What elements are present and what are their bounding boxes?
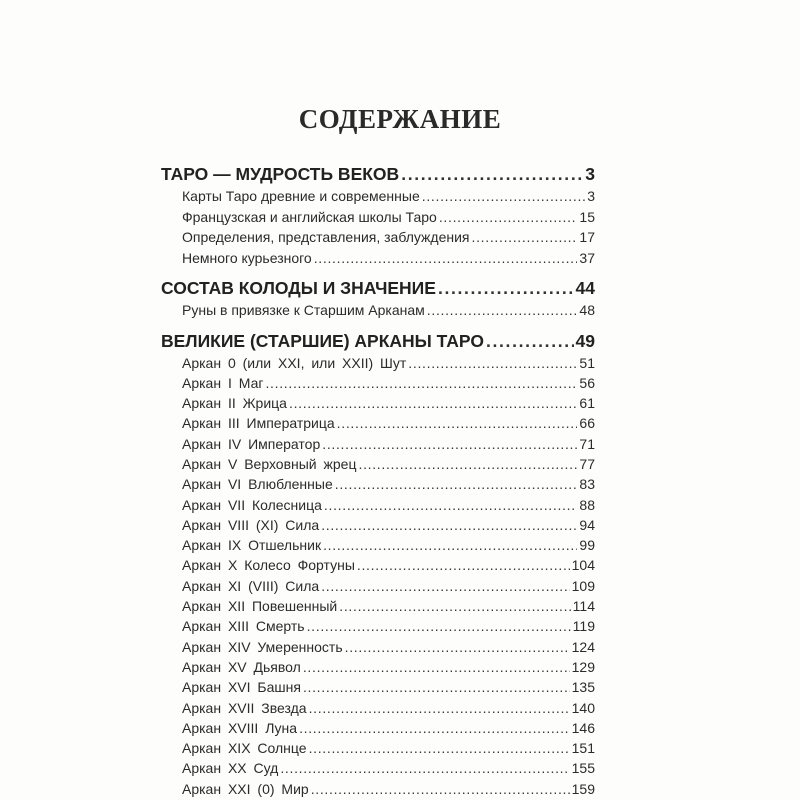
entry-title: Аркан IV Император	[182, 436, 320, 452]
leader-dots	[309, 740, 570, 756]
leader-dots	[357, 557, 570, 573]
toc-entry: Руны в привязке к Старшим Арканам48	[161, 302, 595, 323]
toc-section: СОСТАВ КОЛОДЫ И ЗНАЧЕНИЕ44	[161, 278, 595, 302]
section-title: ТАРО — МУДРОСТЬ ВЕКОВ	[161, 164, 399, 185]
leader-dots	[289, 395, 577, 411]
toc-entry: Аркан III Императрица66	[161, 415, 595, 435]
leader-dots	[314, 250, 578, 266]
toc-section: ВЕЛИКИЕ (СТАРШИЕ) АРКАНЫ ТАРО49	[161, 331, 595, 355]
entry-page-number: 71	[579, 436, 595, 452]
leader-dots	[486, 331, 574, 352]
section-page-number: 44	[576, 278, 595, 299]
entry-page-number: 135	[572, 679, 595, 695]
toc-entry: Немного курьезного37	[161, 250, 595, 271]
entry-title: Аркан XII Повешенный	[182, 598, 337, 614]
entry-page-number: 61	[579, 395, 595, 411]
leader-dots	[401, 164, 583, 185]
entry-title: Карты Таро древние и современные	[182, 188, 420, 204]
leader-dots	[345, 639, 570, 655]
toc-entry: Аркан XII Повешенный114	[161, 598, 595, 618]
toc-entry: Определения, представления, заблуждения1…	[161, 229, 595, 250]
leader-dots	[358, 456, 577, 472]
entry-title: Аркан XVII Звезда	[182, 700, 307, 716]
entry-title: Аркан XXI (0) Мир	[182, 781, 309, 797]
leader-dots	[311, 781, 570, 797]
entry-title: Аркан XIX Солнце	[182, 740, 307, 756]
leader-dots	[321, 578, 569, 594]
entry-title: Аркан VIII (XI) Сила	[182, 517, 319, 533]
entry-title: Аркан III Императрица	[182, 415, 335, 431]
toc-entry: Аркан VII Колесница88	[161, 497, 595, 517]
entry-page-number: 88	[579, 497, 595, 513]
entry-page-number: 99	[579, 537, 595, 553]
entry-page-number: 119	[573, 618, 595, 634]
toc-entry: Аркан XVIII Луна146	[161, 720, 595, 740]
entry-title: Аркан VI Влюбленные	[182, 476, 333, 492]
entry-page-number: 15	[579, 209, 595, 225]
toc-entry: Аркан IX Отшельник99	[161, 537, 595, 557]
toc-entry: Аркан XX Суд155	[161, 760, 595, 780]
leader-dots	[303, 679, 570, 695]
toc-entry: Аркан XIV Умеренность124	[161, 639, 595, 659]
entry-page-number: 37	[579, 250, 595, 266]
toc-entry: Аркан XVII Звезда140	[161, 700, 595, 720]
section-page-number: 3	[585, 164, 595, 185]
entry-title: Аркан XI (VIII) Сила	[182, 578, 319, 594]
entry-title: Аркан II Жрица	[182, 395, 287, 411]
leader-dots	[321, 517, 577, 533]
page-title: СОДЕРЖАНИЕ	[0, 104, 800, 135]
entry-page-number: 48	[579, 302, 595, 318]
entry-page-number: 51	[579, 355, 595, 371]
toc-entry: Аркан XXI (0) Мир159	[161, 781, 595, 800]
leader-dots	[303, 659, 570, 675]
entry-title: Аркан IX Отшельник	[182, 537, 321, 553]
section-title: СОСТАВ КОЛОДЫ И ЗНАЧЕНИЕ	[161, 278, 436, 299]
entry-page-number: 129	[572, 659, 595, 675]
toc-entry: Карты Таро древние и современные3	[161, 188, 595, 209]
entry-page-number: 77	[579, 456, 595, 472]
entry-page-number: 114	[573, 598, 595, 614]
leader-dots	[339, 598, 570, 614]
entry-page-number: 155	[572, 760, 595, 776]
entry-page-number: 124	[572, 639, 595, 655]
leader-dots	[472, 229, 578, 245]
leader-dots	[322, 436, 577, 452]
toc-entry: Аркан XIII Смерть119	[161, 618, 595, 638]
entry-page-number: 83	[579, 476, 595, 492]
toc-entry: Аркан XVI Башня135	[161, 679, 595, 699]
leader-dots	[324, 497, 578, 513]
entry-title: Аркан XIV Умеренность	[182, 639, 343, 655]
entry-title: Аркан VII Колесница	[182, 497, 322, 513]
toc-entry: Аркан V Верховный жрец77	[161, 456, 595, 476]
leader-dots	[408, 355, 577, 371]
toc-entry: Аркан 0 (или XXI, или XXII) Шут51	[161, 355, 595, 375]
leader-dots	[299, 720, 570, 736]
toc-entry: Аркан VIII (XI) Сила94	[161, 517, 595, 537]
entry-page-number: 17	[579, 229, 595, 245]
toc-entry: Аркан XIX Солнце151	[161, 740, 595, 760]
entry-title: Французская и английская школы Таро	[182, 209, 437, 225]
toc-entry: Аркан VI Влюбленные83	[161, 476, 595, 496]
leader-dots	[265, 375, 577, 391]
leader-dots	[427, 302, 578, 318]
entry-title: Аркан XVIII Луна	[182, 720, 297, 736]
leader-dots	[422, 188, 585, 204]
entry-title: Аркан XVI Башня	[182, 679, 301, 695]
entry-title: Аркан XV Дьявол	[182, 659, 301, 675]
toc-entry: Аркан XI (VIII) Сила109	[161, 578, 595, 598]
entry-title: Аркан I Маг	[182, 375, 263, 391]
entry-page-number: 56	[579, 375, 595, 391]
leader-dots	[280, 760, 569, 776]
entry-page-number: 94	[579, 517, 595, 533]
entry-title: Аркан X Колесо Фортуны	[182, 557, 355, 573]
leader-dots	[307, 618, 571, 634]
entry-title: Определения, представления, заблуждения	[182, 229, 470, 245]
toc-entry: Аркан X Колесо Фортуны104	[161, 557, 595, 577]
entry-title: Руны в привязке к Старшим Арканам	[182, 302, 425, 318]
toc-entry: Аркан II Жрица61	[161, 395, 595, 415]
entry-page-number: 3	[587, 188, 595, 204]
entry-page-number: 151	[572, 740, 595, 756]
entry-page-number: 66	[579, 415, 595, 431]
entry-title: Аркан XIII Смерть	[182, 618, 305, 634]
section-page-number: 49	[576, 331, 595, 352]
toc-entry: Французская и английская школы Таро15	[161, 209, 595, 230]
table-of-contents: ТАРО — МУДРОСТЬ ВЕКОВ3Карты Таро древние…	[161, 164, 595, 800]
leader-dots	[335, 476, 578, 492]
leader-dots	[323, 537, 577, 553]
leader-dots	[309, 700, 570, 716]
entry-page-number: 159	[572, 781, 595, 797]
entry-page-number: 146	[572, 720, 595, 736]
leader-dots	[438, 278, 574, 299]
entry-title: Аркан XX Суд	[182, 760, 278, 776]
entry-title: Аркан V Верховный жрец	[182, 456, 356, 472]
section-title: ВЕЛИКИЕ (СТАРШИЕ) АРКАНЫ ТАРО	[161, 331, 484, 352]
leader-dots	[439, 209, 578, 225]
leader-dots	[337, 415, 578, 431]
toc-section: ТАРО — МУДРОСТЬ ВЕКОВ3	[161, 164, 595, 188]
toc-entry: Аркан XV Дьявол129	[161, 659, 595, 679]
entry-page-number: 109	[572, 578, 595, 594]
entry-page-number: 104	[572, 557, 595, 573]
entry-title: Аркан 0 (или XXI, или XXII) Шут	[182, 355, 406, 371]
book-page: СОДЕРЖАНИЕ ТАРО — МУДРОСТЬ ВЕКОВ3Карты Т…	[0, 0, 800, 800]
toc-entry: Аркан IV Император71	[161, 436, 595, 456]
entry-page-number: 140	[572, 700, 595, 716]
entry-title: Немного курьезного	[182, 250, 312, 266]
toc-entry: Аркан I Маг56	[161, 375, 595, 395]
